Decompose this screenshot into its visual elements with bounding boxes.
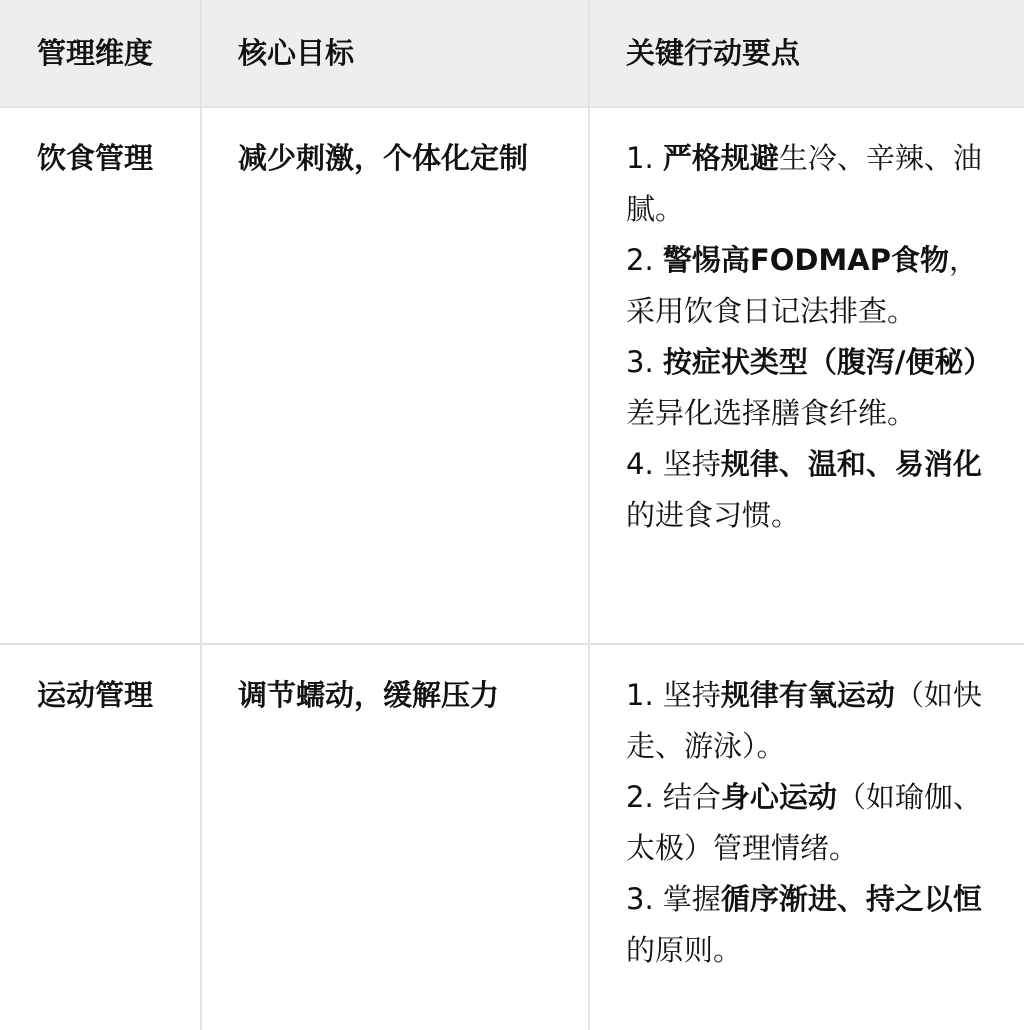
table-header-row: 管理维度 核心目标 关键行动要点 [0,0,1024,107]
cell-goal: 调节蠕动，缓解压力 [201,644,589,981]
table-row: 饮食管理 减少刺激，个体化定制 1. 严格规避生冷、辛辣、油腻。 2. 警惕高F… [0,107,1024,644]
action-prefix: 3. 掌握 [626,882,721,916]
action-emphasis: 严格规避 [663,141,779,175]
cell-dimension: 饮食管理 [0,107,201,644]
action-emphasis: 规律有氧运动 [721,678,895,712]
action-emphasis: 警惕高FODMAP食物 [663,243,949,277]
cell-actions: 1. 坚持规律有氧运动（如快走、游泳）。 2. 结合身心运动（如瑜伽、太极）管理… [589,644,1024,981]
header-dimension: 管理维度 [0,0,201,107]
header-actions: 关键行动要点 [589,0,1024,107]
action-item: 1. 坚持规律有氧运动（如快走、游泳）。 [626,670,999,772]
cell-dimension: 运动管理 [0,644,201,981]
action-prefix: 1. [626,141,663,175]
cell-goal: 减少刺激，个体化定制 [201,107,589,644]
action-item: 3. 按症状类型（腹泻/便秘） 差异化选择膳食纤维。 [626,337,999,439]
table-row: 运动管理 调节蠕动，缓解压力 1. 坚持规律有氧运动（如快走、游泳）。 2. 结… [0,644,1024,981]
action-prefix: 1. 坚持 [626,678,721,712]
action-emphasis: 规律、温和、易消化 [721,447,982,481]
action-text: 的进食习惯。 [626,498,800,532]
action-item: 3. 掌握循序渐进、持之以恒的原则。 [626,874,999,976]
cell-actions: 1. 严格规避生冷、辛辣、油腻。 2. 警惕高FODMAP食物，采用饮食日记法排… [589,107,1024,644]
action-prefix: 4. 坚持 [626,447,721,481]
action-emphasis: 循序渐进、持之以恒 [721,882,982,916]
action-item: 1. 严格规避生冷、辛辣、油腻。 [626,133,999,235]
action-text: 差异化选择膳食纤维。 [626,396,916,430]
action-emphasis: 按症状类型（腹泻/便秘） [663,345,993,379]
action-text: 的原则。 [626,933,742,967]
action-prefix: 2. 结合 [626,780,721,814]
action-item: 2. 结合身心运动（如瑜伽、太极）管理情绪。 [626,772,999,874]
header-goal: 核心目标 [201,0,589,107]
action-item: 4. 坚持规律、温和、易消化的进食习惯。 [626,439,999,541]
action-prefix: 3. [626,345,663,379]
management-table: 管理维度 核心目标 关键行动要点 饮食管理 减少刺激，个体化定制 1. 严格规避… [0,0,1024,981]
action-item: 2. 警惕高FODMAP食物，采用饮食日记法排查。 [626,235,999,337]
action-prefix: 2. [626,243,663,277]
action-emphasis: 身心运动 [721,780,837,814]
